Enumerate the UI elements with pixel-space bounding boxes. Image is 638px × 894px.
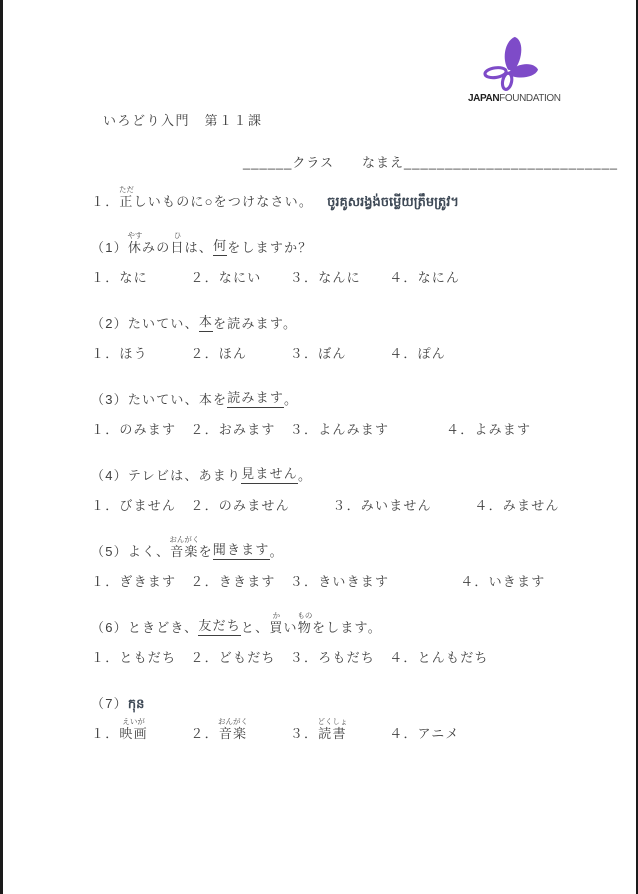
text-segment: しいものに○をつけなさい。 (134, 194, 313, 210)
text-segment: （6）ときどき、 (91, 620, 198, 636)
text-segment: １．ほう ２．ほん ３．ぼん ４．ぽん (91, 346, 446, 362)
segment-text: 。 (298, 468, 312, 483)
japan-foundation-logo: JAPANFOUNDATION (468, 33, 554, 104)
quiz-content: １．正ただしいものに○をつけなさい。ចូរគូសរង្វង់ចម្លើយត្រឹ… (91, 184, 606, 742)
text-segment: 友だち (198, 618, 241, 636)
text-segment: 物もの (298, 620, 312, 636)
text-segment: （3）たいてい、本を (91, 392, 227, 408)
segment-text: （7） (91, 696, 128, 711)
name-blank: __________________________ (404, 155, 618, 170)
segment-text: １．ほう ２．ほん ３．ぼん ４．ぽん (91, 346, 446, 361)
segment-text: កុន (128, 696, 145, 711)
furigana: えいが (122, 718, 145, 726)
choices-line: １．びません ２．のみません ３．みいません ４．みません (91, 496, 606, 514)
text-segment: を読みます。 (213, 316, 297, 332)
segment-text: 物 (298, 620, 312, 635)
text-segment: 読みます (227, 390, 284, 408)
segment-text: 映画 (119, 726, 147, 741)
text-segment: 何 (213, 238, 227, 256)
logo-wordmark-japan: JAPAN (468, 93, 499, 104)
class-blank: ______ (243, 155, 292, 170)
text-segment: をします。 (312, 620, 382, 636)
question-line: （5）よく、音楽おんがくを聞きます。 (91, 534, 606, 560)
furigana: ただ (119, 186, 134, 194)
text-segment: 音楽おんがく (170, 544, 198, 560)
segment-text: 見ません (241, 466, 298, 481)
segment-text: 何 (213, 238, 227, 253)
segment-text: 正 (119, 194, 133, 209)
text-segment: 。 (270, 544, 284, 560)
segment-text: １．びません ２．のみません ３．みいません ４．みません (91, 498, 560, 513)
segment-text: ４．アニメ (347, 726, 460, 741)
segment-text: 音楽 (170, 544, 198, 559)
segment-text: １．ぎきます ２．ききます ３．きいきます ４．いきます (91, 574, 545, 589)
text-segment: （5）よく、 (91, 544, 170, 560)
text-segment: １．ぎきます ２．ききます ３．きいきます ４．いきます (91, 574, 545, 590)
choices-line: １．なに ２．なにい ３．なんに ４．なにん (91, 268, 606, 286)
text-segment: 買か (269, 620, 283, 636)
question-line: （4）テレビは、あまり見ません。 (91, 458, 606, 484)
segment-text: 音楽 (219, 726, 247, 741)
text-segment: １． (91, 194, 119, 210)
furigana: やす (127, 232, 142, 240)
text-segment: 日ひ (170, 240, 184, 256)
text-segment: １．のみます ２．おみます ３．よんみます ４．よみます (91, 422, 531, 438)
logo-wordmark: JAPANFOUNDATION (468, 93, 554, 104)
segment-text: （4）テレビは、あまり (91, 468, 241, 483)
text-segment: 。 (284, 392, 298, 408)
question-line: （7）កុន (91, 686, 606, 712)
text-segment: を (199, 544, 213, 560)
segment-text: 。 (284, 392, 298, 407)
segment-text: １． (91, 726, 119, 741)
furigana: ひ (174, 232, 182, 240)
segment-text: 本 (199, 314, 213, 329)
text-segment: ３． (247, 726, 318, 742)
text-segment: 正ただ (119, 194, 133, 210)
worksheet-page: JAPANFOUNDATION いろどり入門 第１１課 ______クラス なま… (0, 0, 638, 894)
choices-line: １．ともだち ２．どもだち ３．ろもだち ４．とんもだち (91, 648, 606, 666)
segment-text: 読みます (227, 390, 284, 405)
text-segment: 。 (298, 468, 312, 484)
segment-text: 読書 (318, 726, 346, 741)
furigana: もの (297, 612, 312, 620)
segment-text: みの (142, 240, 170, 255)
question-line: （6）ときどき、友だちと、買かい物ものをします。 (91, 610, 606, 636)
segment-text: をしますか？ (227, 240, 312, 255)
segment-text: １． (91, 194, 119, 209)
choices-line: １．のみます ２．おみます ３．よんみます ４．よみます (91, 420, 606, 438)
text-segment: １． (91, 726, 119, 742)
text-segment: をしますか？ (227, 240, 312, 256)
document-title: いろどり入門 第１１課 (103, 110, 263, 129)
segment-text: 聞きます (213, 542, 270, 557)
segment-text: 。 (270, 544, 284, 559)
segment-text: 買 (269, 620, 283, 635)
segment-text: い (284, 620, 298, 635)
text-segment: （2）たいてい、 (91, 316, 199, 332)
text-segment: と、 (241, 620, 269, 636)
text-segment: 休やす (128, 240, 142, 256)
text-segment: ２． (148, 726, 219, 742)
segment-text: １．のみます ２．おみます ３．よんみます ４．よみます (91, 422, 531, 437)
text-segment: 音楽おんがく (219, 726, 247, 742)
segment-text: ２． (148, 726, 219, 741)
text-segment: １．びません ２．のみません ３．みいません ４．みません (91, 498, 560, 514)
flower-logo-icon (482, 33, 540, 91)
text-segment: （7） (91, 696, 128, 712)
khmer-text: ចូរគូសរង្វង់ចម្លើយត្រឹមត្រូវ។ (327, 194, 459, 210)
text-segment: （4）テレビは、あまり (91, 468, 241, 484)
furigana: どくしょ (317, 718, 347, 726)
segment-text: 友だち (198, 618, 241, 633)
furigana: おんがく (218, 718, 248, 726)
text-segment: １．ともだち ２．どもだち ３．ろもだち ４．とんもだち (91, 650, 489, 666)
text-segment: 映画えいが (119, 726, 147, 742)
furigana: か (273, 612, 281, 620)
spacer (334, 155, 362, 170)
choices-line: １．映画えいが ２．音楽おんがく ３．読書どくしょ ４．アニメ (91, 724, 606, 742)
segment-text: ចូរគូសរង្វង់ចម្លើយត្រឹមត្រូវ។ (327, 194, 459, 209)
segment-text: １．ともだち ２．どもだち ３．ろもだち ４．とんもだち (91, 650, 489, 665)
text-segment: （1） (91, 240, 128, 256)
segment-text: （1） (91, 240, 128, 255)
segment-text: を読みます。 (213, 316, 297, 331)
segment-text: ３． (247, 726, 318, 741)
segment-text: をします。 (312, 620, 382, 635)
text-segment: １．なに ２．なにい ３．なんに ４．なにん (91, 270, 460, 286)
segment-text: （2）たいてい、 (91, 316, 199, 331)
logo-wordmark-foundation: FOUNDATION (499, 93, 560, 104)
question-line: （3）たいてい、本を読みます。 (91, 382, 606, 408)
question-line: （2）たいてい、本を読みます。 (91, 306, 606, 332)
choices-line: １．ほう ２．ほん ３．ぼん ４．ぽん (91, 344, 606, 362)
text-segment: 読書どくしょ (318, 726, 346, 742)
choices-line: １．ぎきます ２．ききます ３．きいきます ４．いきます (91, 572, 606, 590)
segment-text: １．なに ２．なにい ３．なんに ４．なにん (91, 270, 460, 285)
segment-text: （6）ときどき、 (91, 620, 198, 635)
segment-text: と、 (241, 620, 269, 635)
instruction-line: １．正ただしいものに○をつけなさい。ចូរគូសរង្វង់ចម្លើយត្រឹ… (91, 184, 606, 210)
text-segment: 聞きます (213, 542, 270, 560)
text-segment: ４．アニメ (347, 726, 460, 742)
text-segment: 本 (199, 314, 213, 332)
segment-text: は、 (185, 240, 213, 255)
text-segment: みの (142, 240, 170, 256)
segment-text: 休 (128, 240, 142, 255)
class-label: クラス (292, 155, 334, 170)
furigana: おんがく (169, 536, 199, 544)
segment-text: （5）よく、 (91, 544, 170, 559)
text-segment: 見ません (241, 466, 298, 484)
question-line: （1）休やすみの日ひは、何をしますか？ (91, 230, 606, 256)
name-label: なまえ (362, 155, 404, 170)
class-name-line: ______クラス なまえ__________________________ (243, 152, 618, 171)
khmer-text: កុន (128, 696, 145, 712)
segment-text: しいものに○をつけなさい。 (134, 194, 313, 209)
segment-text: 日 (170, 240, 184, 255)
text-segment: い (284, 620, 298, 636)
segment-text: （3）たいてい、本を (91, 392, 227, 407)
text-segment: は、 (185, 240, 213, 256)
segment-text: を (199, 544, 213, 559)
